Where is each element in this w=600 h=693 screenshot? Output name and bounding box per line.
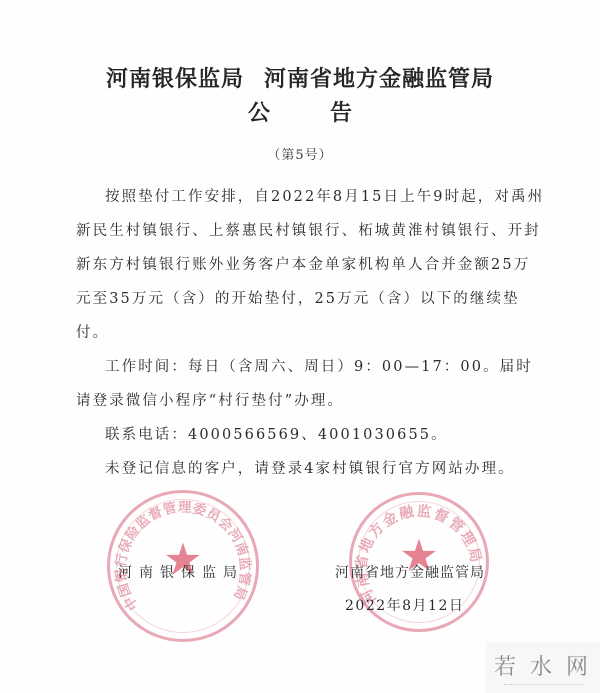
notice-title-char-2: 告: [330, 96, 352, 127]
issuer-1: 河南银保监局: [106, 67, 244, 92]
paragraph-unregistered-customers: 未登记信息的客户，请登录4家村镇银行官方网站办理。: [76, 452, 546, 486]
notice-document: 河南银保监局河南省地方金融监管局 公告 （第5号） 按照垫付工作安排，自2022…: [0, 0, 600, 693]
signature-left: 河南银保监局: [118, 562, 244, 582]
issuers-heading: 河南银保监局河南省地方金融监管局: [0, 62, 600, 93]
paragraph-contact-phone: 联系电话：4000566569、4001030655。: [76, 418, 546, 452]
notice-title-char-1: 公: [248, 96, 270, 127]
notice-title: 公告: [0, 96, 600, 127]
document-number: （第5号）: [0, 144, 600, 163]
notice-body: 按照垫付工作安排，自2022年8月15日上午9时起，对禹州新民生村镇银行、上蔡惠…: [76, 180, 546, 486]
paragraph-working-hours: 工作时间：每日（含周六、周日）9：00—17：00。届时请登录微信小程序“村行垫…: [76, 350, 546, 418]
watermark-underline: [504, 684, 584, 687]
paragraph-payment-arrangement: 按照垫付工作安排，自2022年8月15日上午9时起，对禹州新民生村镇银行、上蔡惠…: [76, 180, 546, 350]
site-watermark: 若水网: [486, 642, 600, 693]
signature-date: 2022年8月12日: [345, 595, 464, 615]
signature-right: 河南省地方金融监管局: [335, 562, 485, 582]
issuer-2: 河南省地方金融监管局: [264, 67, 494, 92]
watermark-text: 若水网: [494, 650, 600, 681]
